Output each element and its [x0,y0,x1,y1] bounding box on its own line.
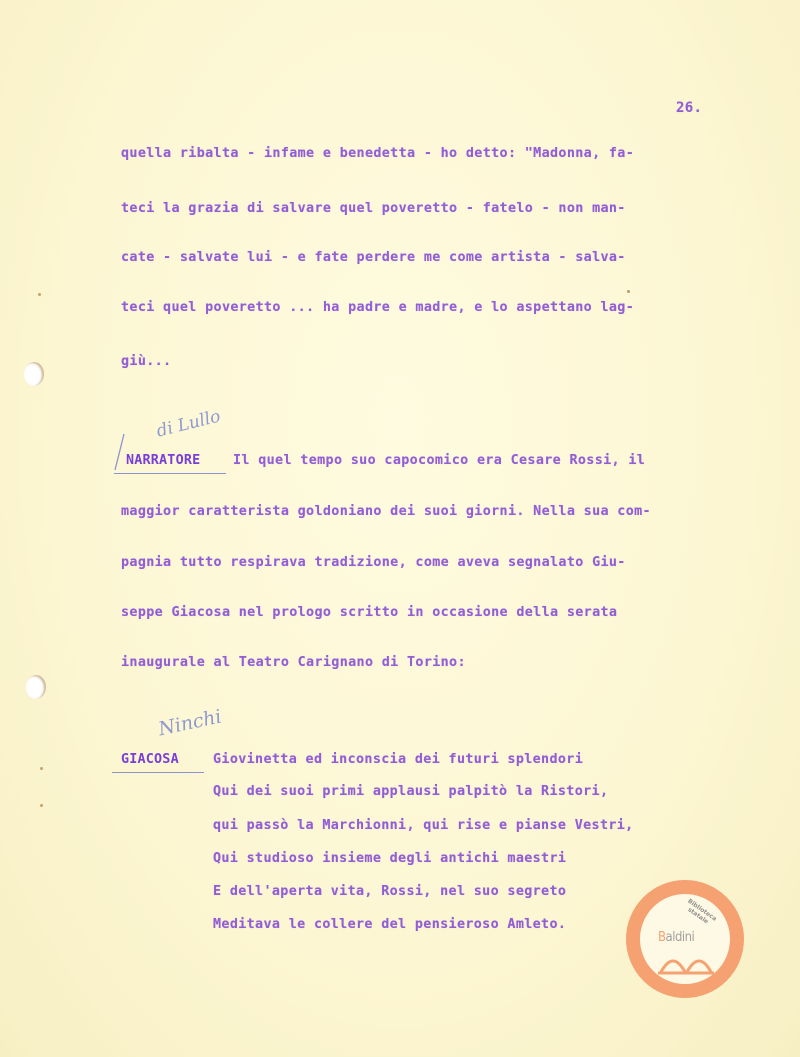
paper-speck [40,767,43,770]
paragraph-line: cate - salvate lui - e fate perdere me c… [121,250,626,265]
narrator-line: maggior caratterista goldoniano dei suoi… [121,504,651,519]
speaker-label-narratore: NARRATORE [126,453,200,468]
stamp-library-name: Baldini [658,930,694,945]
verse-line: Meditava le collere del pensieroso Amlet… [213,917,566,932]
narrator-line: pagnia tutto respirava tradizione, come … [121,555,626,570]
paper-speck [627,290,630,293]
document-page: 26. quella ribalta - infame e benedetta … [0,0,800,1057]
stamp-library-text: Biblioteca statale [680,896,721,930]
verse-line: Qui dei suoi primi applausi palpitò la R… [213,784,608,799]
verse-line: E dell'aperta vita, Rossi, nel suo segre… [213,884,566,899]
paragraph-line: teci quel poveretto ... ha padre e madre… [121,300,634,315]
narrator-line: Il quel tempo suo capocomico era Cesare … [233,453,645,468]
handwritten-note-giacosa: Ninchi [156,706,223,741]
paper-speck [40,804,43,807]
verse-line: qui passò la Marchionni, qui rise e pian… [213,818,634,833]
speaker-underline [114,473,226,474]
paragraph-line: teci la grazia di salvare quel poveretto… [121,201,626,216]
paragraph-line: giù... [121,354,171,369]
narrator-line: inaugurale al Teatro Carignano di Torino… [121,655,466,670]
open-book-icon [657,948,717,976]
punch-hole-top [24,362,44,386]
page-number: 26. [676,100,702,116]
narrator-line: seppe Giacosa nel prologo scritto in occ… [121,605,617,620]
punch-hole-bottom [26,675,46,699]
paragraph-line: quella ribalta - infame e benedetta - ho… [121,146,634,161]
speaker-label-giacosa: GIACOSA [121,752,179,767]
handwritten-note-narrator: di Lullo [155,406,223,441]
speaker-underline [112,772,204,773]
verse-line: Giovinetta ed inconscia dei futuri splen… [213,752,583,767]
library-stamp: Biblioteca statale Baldini [626,880,744,998]
verse-line: Qui studioso insieme degli antichi maest… [213,851,566,866]
paper-speck [38,293,41,296]
